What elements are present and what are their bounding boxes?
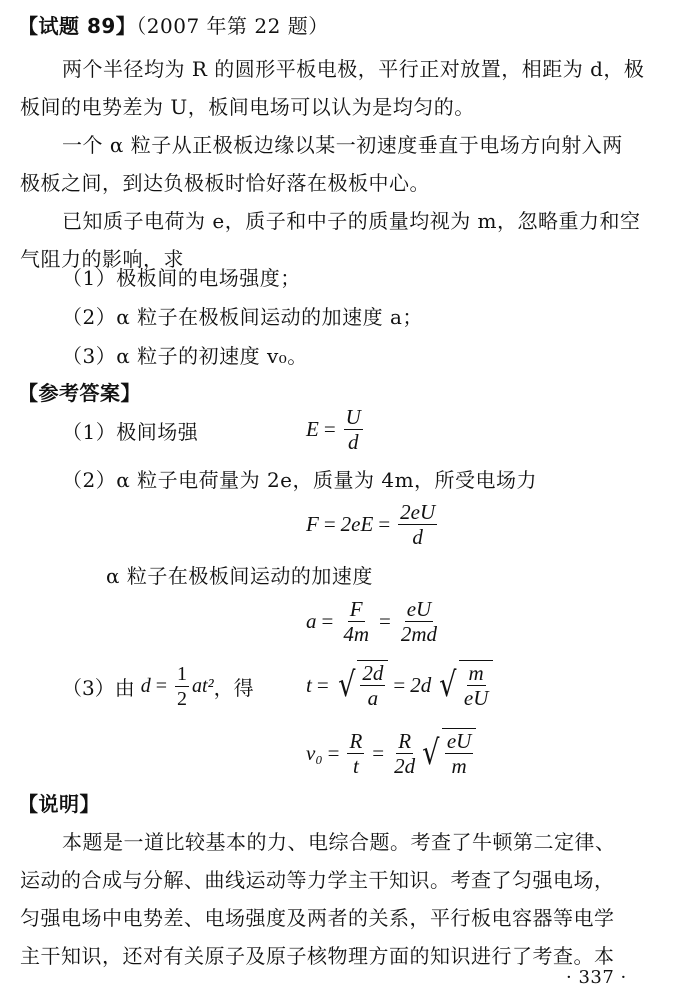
question-item: （3）α 粒子的初速度 v₀。	[62, 344, 308, 368]
note-text: 主干知识，还对有关原子及原子核物理方面的知识进行了考查。本	[20, 944, 615, 968]
problem-text: 板间的电势差为 U，板间电场可以认为是均匀的。	[20, 95, 475, 119]
answer-step3-given: （3）由 d= 12 at² ，得	[62, 662, 254, 711]
problem-text: 两个半径均为 R 的圆形平板电极，平行正对放置，相距为 d，极	[62, 57, 644, 81]
note-text: 本题是一道比较基本的力、电综合题。考查了牛顿第二定律、	[62, 830, 616, 854]
problem-source: （2007 年第 22 题）	[136, 14, 328, 38]
question-item: （2）α 粒子在极板间运动的加速度 a；	[62, 305, 423, 329]
formula-electric-force: F= 2eE= 2eUd	[306, 500, 440, 549]
page-number: · 337 ·	[566, 966, 627, 990]
answer-step-label: α 粒子在极板间运动的加速度	[106, 564, 373, 588]
problem-text: 已知质子电荷为 e，质子和中子的质量均视为 m，忽略重力和空	[62, 209, 641, 233]
answer-title: 【参考答案】	[18, 381, 141, 405]
problem-title: 【试题 89】	[18, 14, 136, 38]
formula-time: t= √2da =2d √meU	[306, 660, 493, 710]
problem-header: 【试题 89】（2007 年第 22 题）	[18, 14, 329, 38]
question-item: （1）极板间的电场强度；	[62, 266, 301, 290]
note-text: 匀强电场中电势差、电场强度及两者的关系，平行板电容器等电学	[20, 906, 615, 930]
formula-field-strength: E= Ud	[306, 405, 366, 454]
problem-text: 一个 α 粒子从正极板边缘以某一初速度垂直于电场方向射入两	[62, 133, 623, 157]
note-title: 【说明】	[18, 792, 100, 816]
formula-initial-velocity: v₀= Rt = R2d √eUm	[306, 728, 476, 778]
note-text: 运动的合成与分解、曲线运动等力学主干知识。考查了匀强电场，	[20, 868, 615, 892]
answer-step-label: （1）极间场强	[62, 420, 198, 444]
problem-text: 极板之间，到达负极板时恰好落在极板中心。	[20, 171, 430, 195]
answer-step-label: （2）α 粒子电荷量为 2e，质量为 4m，所受电场力	[62, 468, 537, 492]
formula-acceleration: a= F4m = eU2md	[306, 597, 442, 646]
